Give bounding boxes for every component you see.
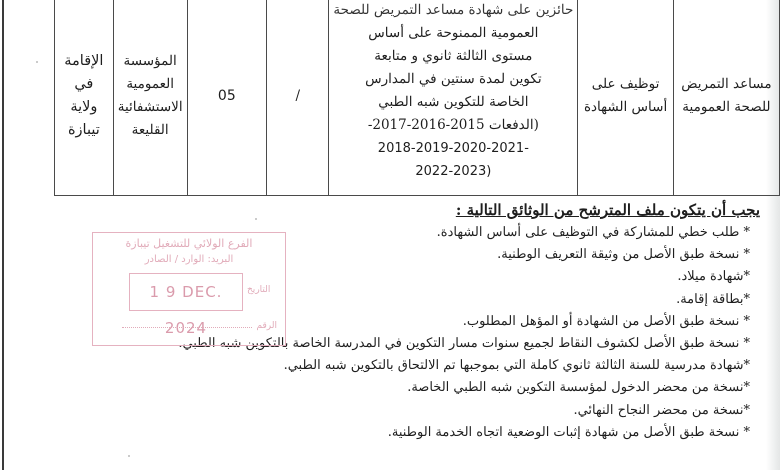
condition-text: الإقامة في ولاية تيبازة (64, 53, 103, 138)
stamp-number-dots (122, 327, 252, 328)
list-item: *نسخة من محضر النجاح النهائي. (200, 400, 760, 422)
qual-line: العمومية الممنوحة على أساس (333, 22, 573, 45)
qual-line: (الدفعات 2015-2016-2017- (333, 114, 573, 137)
cell-posts-count: 05 (187, 0, 266, 196)
page-edge (2, 0, 4, 470)
documents-heading: يجب أن يتكون ملف المترشح من الوثائق التا… (200, 200, 760, 220)
list-item: *شهادة مدرسية للسنة الثالثة ثانوي كاملة … (200, 355, 760, 377)
stamp-date: 1 9 DEC. 2024 (129, 273, 243, 311)
cell-experience: / (267, 0, 329, 196)
cell-recruitment-mode: توظيف على أساس الشهادة (578, 0, 674, 196)
scan-speck (36, 61, 38, 63)
list-item: *نسخة من محضر الدخول لمؤسسة التكوين شبه … (200, 377, 760, 399)
stamp-number-label: الرقم (256, 321, 277, 331)
qual-line: مستوى الثالثة ثانوي و متابعة (333, 45, 573, 68)
qual-line: 2018-2019-2020-2021- (333, 137, 573, 160)
list-item: * نسخة طبق الأصل من شهادة إثبات الوضعية … (200, 422, 760, 444)
stamp-mail-type: البريد: الوارد / الصادر (93, 254, 285, 265)
recruitment-mode-text: توظيف على أساس الشهادة (584, 76, 667, 115)
institution-text: المؤسسة العمومية الاستشفائية القليعة (118, 53, 183, 138)
qual-line: حائزين على شهادة مساعد التمريض للصحة (333, 0, 573, 22)
stamp-number-row: الرقم (103, 321, 277, 331)
posts-count-text: 05 (218, 88, 236, 104)
stamp-office: الفرع الولائي للتشغيل تيبازة (93, 237, 285, 250)
experience-text: / (295, 88, 300, 104)
job-table: مساعد التمريض للصحة العمومية توظيف على أ… (54, 0, 780, 196)
stamp-date-label: التاريخ (247, 285, 270, 295)
scan-speck (255, 218, 257, 220)
table-row: مساعد التمريض للصحة العمومية توظيف على أ… (55, 0, 780, 196)
received-stamp: الفرع الولائي للتشغيل تيبازة البريد: الو… (92, 232, 286, 346)
cell-qualifications: حائزين على شهادة مساعد التمريض للصحة الع… (329, 0, 578, 196)
scan-speck (128, 455, 130, 457)
qual-line: تكوين لمدة سنتين في المدارس (333, 68, 573, 91)
grade-text: مساعد التمريض للصحة العمومية (681, 76, 771, 115)
cell-grade: مساعد التمريض للصحة العمومية (673, 0, 779, 196)
cell-institution: المؤسسة العمومية الاستشفائية القليعة (113, 0, 187, 196)
cell-condition: الإقامة في ولاية تيبازة (55, 0, 114, 196)
qual-line: الخاصة للتكوين شبه الطبي (333, 91, 573, 114)
qual-line: 2022-2023) (333, 160, 573, 183)
